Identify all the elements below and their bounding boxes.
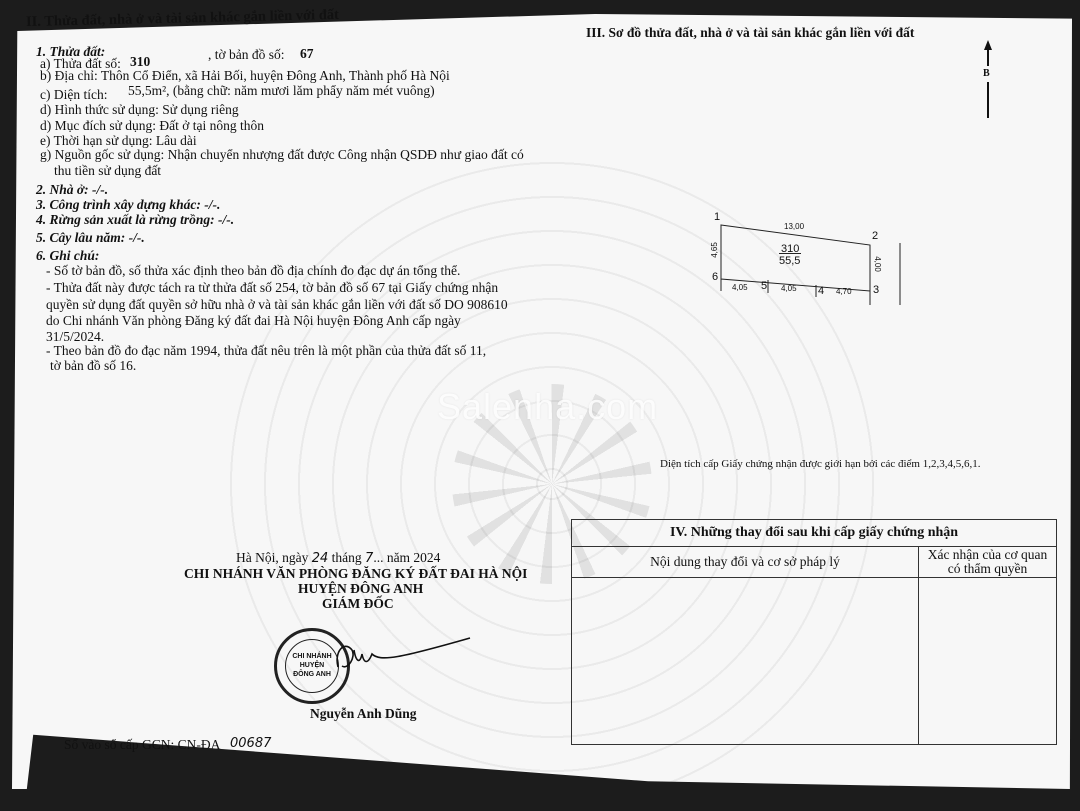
note-line: quyền sử dụng đất quyền sở hữu nhà ở và …	[46, 297, 508, 313]
note-line: do Chi nhánh Văn phòng Đăng ký đất đai H…	[46, 313, 461, 329]
perennial-item: 5. Cây lâu năm: -/-.	[36, 230, 145, 246]
section3-title: III. Sơ đồ thửa đất, nhà ở và tài sản kh…	[586, 25, 914, 41]
org-line2: HUYỆN ĐÔNG ANH	[298, 581, 423, 597]
forest-item: 4. Rừng sản xuất là rừng trồng: -/-.	[36, 212, 234, 228]
col-header-content: Nội dung thay đổi và cơ sở pháp lý	[572, 547, 919, 577]
address: b) Địa chỉ: Thôn Cổ Điển, xã Hải Bối, hu…	[40, 68, 450, 84]
point-1: 1	[714, 209, 720, 225]
boundary-note: Diện tích cấp Giấy chứng nhận được giới …	[660, 456, 981, 472]
date-day: 24	[312, 551, 329, 566]
house-item: 2. Nhà ở: -/-.	[36, 182, 108, 198]
changes-table: IV. Những thay đổi sau khi cấp giấy chứn…	[571, 519, 1057, 745]
point-3: 3	[873, 282, 879, 298]
confirmation-cell	[919, 578, 1056, 744]
month-label: tháng	[332, 550, 362, 565]
note-line: - Thửa đất này được tách ra từ thửa đất …	[46, 280, 498, 296]
registry-number: 00687	[230, 736, 271, 752]
edge-4-3: 4,70	[836, 284, 852, 300]
north-label: B	[983, 66, 990, 82]
note-line: tờ bản đồ số 16.	[50, 358, 136, 374]
note-line: - Theo bản đồ đo đạc năm 1994, thửa đất …	[46, 343, 486, 359]
map-sheet-label: , tờ bản đồ số:	[208, 47, 285, 63]
signature-scribble	[330, 632, 480, 682]
edge-5-4: 4,05	[781, 281, 797, 297]
issue-date: Hà Nội, ngày 24 tháng 7... năm 2024	[236, 550, 440, 567]
origin-line2: thu tiền sử dụng đất	[54, 163, 161, 179]
col-header-confirmation: Xác nhận của cơ quan có thẩm quyền	[919, 547, 1056, 577]
edge-6-5: 4,05	[732, 280, 748, 296]
origin-line1: g) Nguồn gốc sử dụng: Nhận chuyển nhượng…	[40, 147, 524, 163]
watermark: Salenha.com	[437, 386, 658, 428]
signer-name: Nguyễn Anh Dũng	[310, 706, 417, 722]
edge-right: 4,00	[869, 256, 885, 272]
notes-heading: 6. Ghi chú:	[36, 248, 99, 264]
content-cell	[572, 578, 919, 744]
date-prefix: Hà Nội, ngày	[236, 550, 308, 565]
point-6: 6	[712, 269, 718, 285]
section4-title: IV. Những thay đổi sau khi cấp giấy chứn…	[572, 520, 1056, 547]
parcel-area-label: 55,5	[779, 253, 800, 269]
usage-form: d) Hình thức sử dụng: Sử dụng riêng	[40, 102, 239, 118]
area-label: c) Diện tích:	[40, 87, 107, 103]
usage-purpose: d) Mục đích sử dụng: Đất ở tại nông thôn	[40, 118, 264, 134]
area-value: 55,5m², (bằng chữ: năm mươi lăm phẩy năm…	[128, 83, 435, 99]
point-4: 4	[818, 283, 824, 299]
map-sheet-number: 67	[300, 46, 314, 62]
point-5: 5	[761, 278, 767, 294]
registry-label: Số vào sổ cấp GCN: CN-ĐA	[64, 737, 220, 753]
org-line1: CHI NHÁNH VĂN PHÒNG ĐĂNG KÝ ĐẤT ĐAI HÀ N…	[184, 566, 527, 582]
point-2: 2	[872, 228, 878, 244]
edge-top: 13,00	[784, 219, 804, 235]
other-construction-item: 3. Công trình xây dựng khác: -/-.	[36, 197, 220, 213]
note-line: - Số tờ bản đồ, số thửa xác định theo bả…	[46, 263, 460, 279]
position-title: GIÁM ĐỐC	[322, 596, 394, 612]
edge-left: 4,65	[707, 242, 723, 258]
year-label: năm 2024	[387, 550, 441, 565]
table-body	[572, 578, 1056, 744]
